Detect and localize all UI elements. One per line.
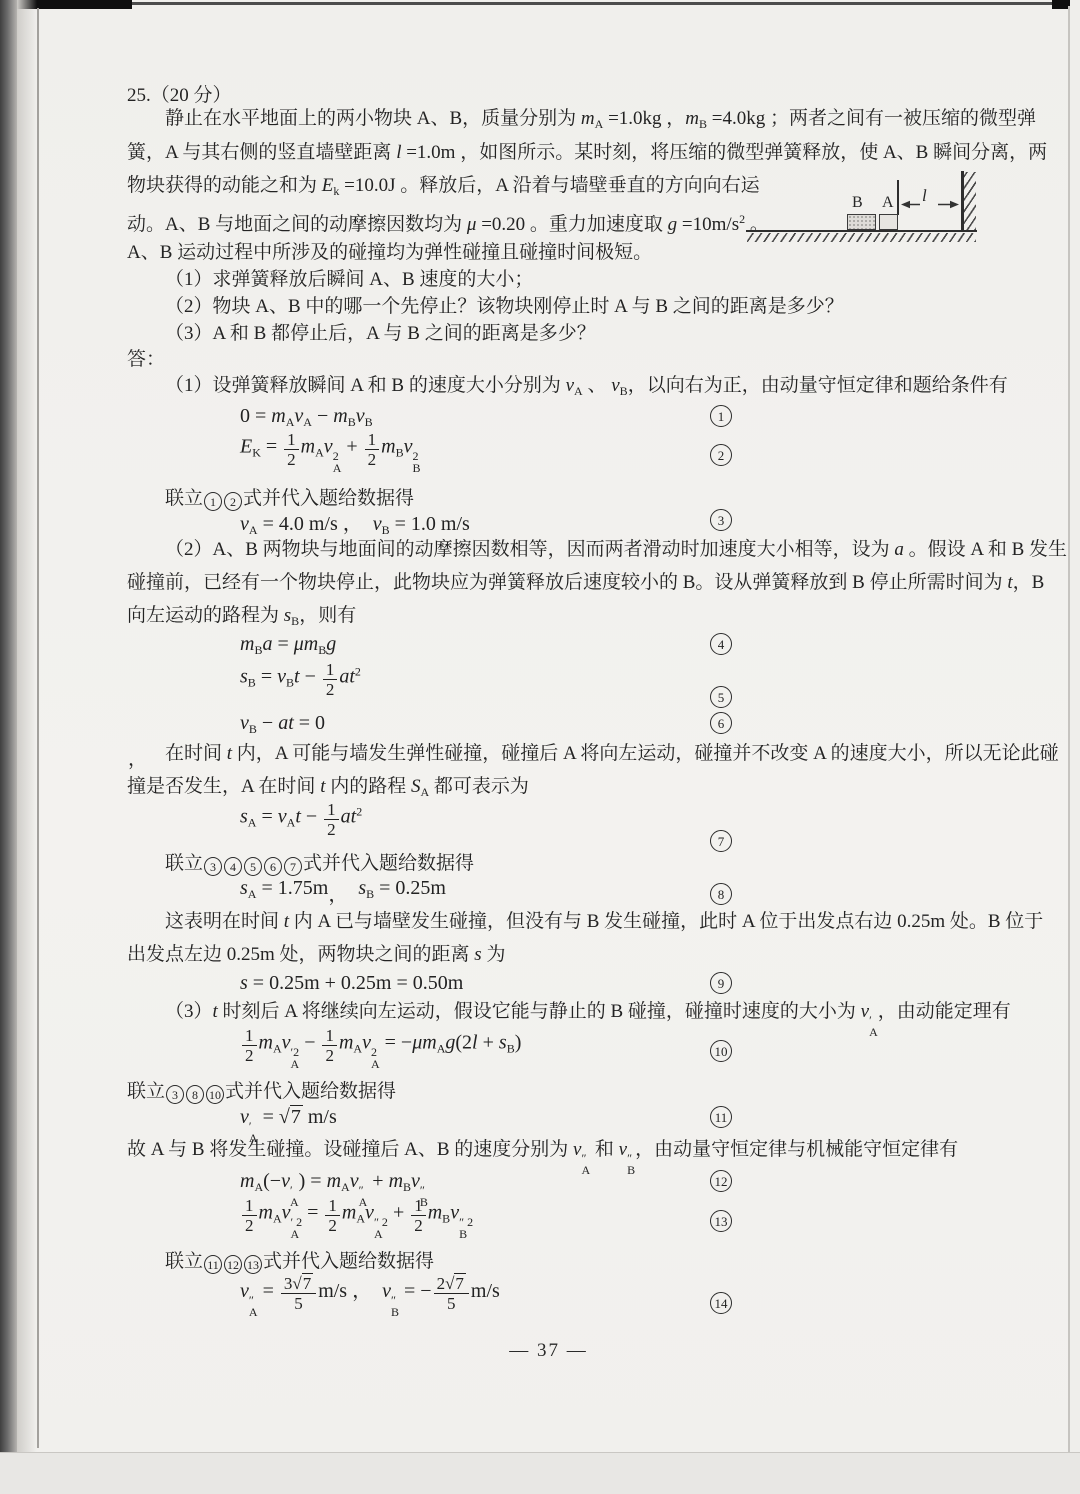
scan-left-edge — [0, 0, 17, 1494]
equation-number: 7 — [710, 830, 732, 852]
length-arrow — [900, 198, 960, 211]
scanned-exam-page: 25.（20 分） 静止在水平地面上的两小物块 A、B，质量分别为 mA =1.… — [0, 0, 1080, 1494]
solution-text: 联立34567式并代入题给数据得 — [165, 852, 474, 876]
equation-number: 5 — [710, 686, 732, 708]
equation-number: 11 — [710, 1106, 732, 1128]
equation-formula: sB = vBt − 12at2 — [240, 660, 361, 699]
scan-left-shadow — [17, 0, 37, 1494]
statement-line: 物块获得的动能之和为 Ek =10.0J 。释放后，A 沿着与墙壁垂直的方向向右… — [127, 174, 760, 203]
answer-label: 答： — [127, 348, 165, 372]
measure-reference-line — [897, 180, 899, 215]
solution-text: 这表明在时间 t 内 A 已与墙壁发生碰撞，但没有与 B 发生碰撞，此时 A 位… — [165, 910, 1043, 934]
equation-number: 12 — [710, 1170, 732, 1192]
solution-text: 向左运动的路程为 sB，则有 — [127, 604, 356, 633]
question-line: （1）求弹簧释放后瞬间 A、B 速度的大小； — [165, 268, 533, 292]
solution-text: 碰撞前，已经有一个物块停止，此物块应为弹簧释放后速度较小的 B。设从弹簧释放到 … — [127, 571, 1044, 595]
equation-formula: 0 = mAvA − mBvB — [240, 405, 373, 430]
block-a-label: A — [882, 194, 894, 212]
solution-text: 联立3810式并代入题给数据得 — [127, 1080, 396, 1104]
problem-title: 25.（20 分） — [127, 84, 232, 108]
statement-line: 静止在水平地面上的两小物块 A、B，质量分别为 mA =1.0kg ，mB =4… — [165, 107, 1036, 136]
equation-formula: EK = 12mAv2A + 12mBv2B — [240, 430, 421, 474]
equation-formula: vB − at = 0 — [240, 712, 325, 737]
equation-number: 10 — [710, 1040, 732, 1062]
equation-formula: 12mAv′ 2A = 12mAv″ 2A + 12mBv″ 2B — [240, 1196, 473, 1240]
question-line: （2）物块 A、B 中的哪一个先停止？该物块刚停止时 A 与 B 之间的距离是多… — [165, 295, 844, 319]
equation-formula: 12mAv′2A − 12mAv2A = −μmAg(2l + sB) — [240, 1026, 521, 1070]
stray-comma: ， — [128, 748, 147, 772]
page-fold-line — [37, 8, 39, 1448]
equation-formula: mBa = μmBg — [240, 633, 336, 658]
equation-number: 4 — [710, 633, 732, 655]
statement-line: 动。A、B 与地面之间的动摩擦因数均为 μ =0.20 。重力加速度取 g =1… — [127, 207, 769, 237]
page-number: — 37 — — [127, 1340, 970, 1362]
equation-number: 13 — [710, 1210, 732, 1232]
equation-number: 6 — [710, 712, 732, 734]
statement-line: 簧，A 与其右侧的竖直墙壁距离 l =1.0m ，如图所示。某时刻，将压缩的微型… — [127, 141, 1047, 165]
question-line: （3）A 和 B 都停止后，A 与 B 之间的距离是多少？ — [165, 322, 596, 346]
equation-number: 3 — [710, 509, 732, 531]
solution-text: 在时间 t 内，A 可能与墙发生弹性碰撞，碰撞后 A 将向左运动，碰撞并不改变 … — [165, 742, 1059, 766]
scan-right-margin — [1070, 0, 1080, 1494]
equation-formula: vA = 4.0 m/s ， vB = 1.0 m/s — [240, 507, 470, 538]
wall-hatching — [964, 172, 976, 230]
equation-number: 9 — [710, 972, 732, 994]
scan-bottom-edge — [0, 1452, 1080, 1494]
equation-number: 8 — [710, 883, 732, 905]
ground-hatching — [747, 233, 976, 242]
equation-formula: sA = vAt − 12at2 — [240, 800, 362, 839]
length-label: l — [922, 186, 927, 206]
equation-number: 2 — [710, 444, 732, 466]
solution-text: （2）A、B 两物块与地面间的动摩擦因数相等，因而两者滑动时加速度大小相等，设为… — [165, 538, 1067, 562]
equation-formula: sA = 1.75m， sB = 0.25m — [240, 877, 446, 907]
block-b-label: B — [852, 194, 863, 212]
solution-text: （1）设弹簧释放瞬间 A 和 B 的速度大小分别为 vA 、 vB，以向右为正，… — [165, 374, 1008, 403]
scan-top-edge — [0, 2, 1080, 5]
equation-number: 1 — [710, 405, 732, 427]
solution-text: 联立111213式并代入题给数据得 — [165, 1250, 434, 1274]
equation-formula: s = 0.25m + 0.25m = 0.50m — [240, 972, 463, 995]
solution-text: 出发点左边 0.25m 处，两物块之间的距离 s 为 — [127, 943, 505, 967]
block-a — [879, 214, 898, 230]
equation-number: 14 — [710, 1292, 732, 1314]
equation-formula: v″A = 3√75m/s ， v″B = −2√75m/s — [240, 1274, 500, 1318]
statement-line: A、B 运动过程中所涉及的碰撞均为弹性碰撞且碰撞时间极短。 — [127, 241, 652, 265]
block-b — [847, 214, 876, 230]
